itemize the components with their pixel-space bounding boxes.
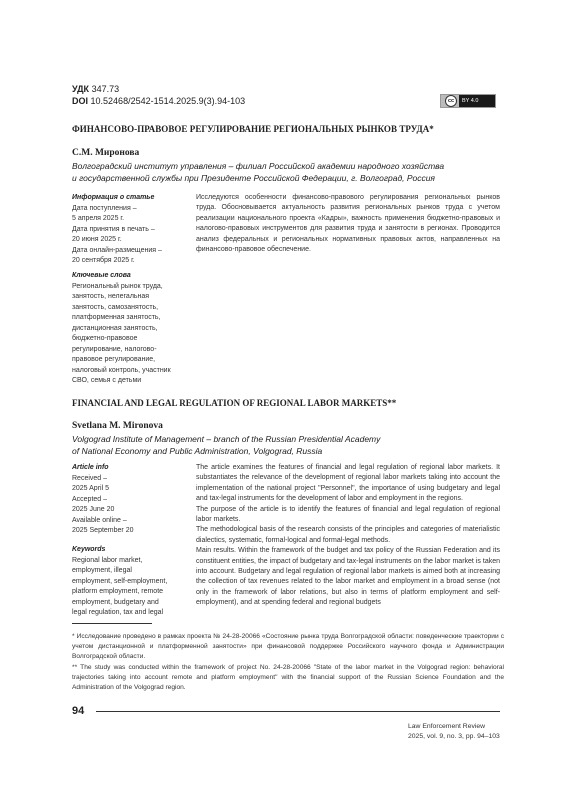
doi-line: DOI 10.52468/2542-1514.2025.9(3).94-103 bbox=[72, 95, 245, 107]
footnote-en: ** The study was conducted within the fr… bbox=[72, 663, 504, 694]
author-name-en: Svetlana M. Mironova bbox=[72, 421, 163, 431]
doi-label: DOI bbox=[72, 96, 88, 106]
info-line: 2025 June 20 bbox=[72, 505, 187, 516]
keyword-line: занятость, самозанятость, bbox=[72, 303, 187, 314]
info-line: Дата поступления – bbox=[72, 204, 187, 215]
article-info-heading: Информация о статье bbox=[72, 193, 187, 204]
keyword-line: Regional labor market, bbox=[72, 556, 187, 567]
info-line: 20 июня 2025 г. bbox=[72, 235, 187, 246]
journal-issue: 2025, vol. 9, no. 3, pp. 94–103 bbox=[408, 732, 500, 742]
keywords-heading: Keywords bbox=[72, 545, 187, 556]
abstract-paragraph: The methodological basis of the research… bbox=[196, 525, 500, 546]
footnote-ru: * Исследование проведено в рамках проект… bbox=[72, 632, 504, 663]
footnotes: * Исследование проведено в рамках проект… bbox=[72, 632, 504, 693]
doi-value[interactable]: 10.52468/2542-1514.2025.9(3).94-103 bbox=[91, 96, 246, 106]
keywords-en: Keywords Regional labor market, employme… bbox=[72, 545, 187, 619]
info-line: Available online – bbox=[72, 516, 187, 527]
info-line: 5 апреля 2025 г. bbox=[72, 214, 187, 225]
udk-label: УДК bbox=[72, 84, 89, 94]
article-title-ru: ФИНАНСОВО-ПРАВОВОЕ РЕГУЛИРОВАНИЕ РЕГИОНА… bbox=[72, 124, 434, 134]
affiliation-line: Волгоградский институт управления – фили… bbox=[72, 160, 444, 172]
abstract-ru: Исследуются особенности финансово-правов… bbox=[196, 193, 500, 255]
keywords-ru: Ключевые слова Региональный рынок труда,… bbox=[72, 271, 187, 387]
udk-line: УДК 347.73 bbox=[72, 83, 245, 95]
article-page: УДК 347.73 DOI 10.52468/2542-1514.2025.9… bbox=[0, 0, 566, 800]
info-line: Received – bbox=[72, 474, 187, 485]
keyword-line: employment, self-employment, bbox=[72, 577, 187, 588]
footnote-divider bbox=[72, 623, 152, 624]
journal-reference: Law Enforcement Review 2025, vol. 9, no.… bbox=[408, 722, 500, 741]
info-line: Дата онлайн-размещения – bbox=[72, 246, 187, 257]
keyword-line: бюджетно-правовое bbox=[72, 334, 187, 345]
info-line: Дата принятия в печать – bbox=[72, 225, 187, 236]
page-number: 94 bbox=[72, 705, 84, 717]
keyword-line: Региональный рынок труда, bbox=[72, 282, 187, 293]
license-text: BY 4.0 bbox=[462, 98, 478, 104]
keyword-line: регулирование, налогово- bbox=[72, 345, 187, 356]
keyword-line: дистанционная занятость, bbox=[72, 324, 187, 335]
keyword-line: employment, budgetary and bbox=[72, 598, 187, 609]
abstract-paragraph: The purpose of the article is to identif… bbox=[196, 505, 500, 526]
cc-icon-box: cc bbox=[441, 95, 459, 107]
affiliation-en: Volgograd Institute of Management – bran… bbox=[72, 433, 380, 457]
keyword-line: СВО, семья с детьми bbox=[72, 376, 187, 387]
article-info-heading: Article info bbox=[72, 463, 187, 474]
footer-divider bbox=[96, 711, 500, 712]
keyword-line: правовое регулирование, bbox=[72, 355, 187, 366]
cc-icon: cc bbox=[445, 95, 457, 107]
article-info-en: Article info Received – 2025 April 5 Acc… bbox=[72, 463, 187, 537]
keywords-heading: Ключевые слова bbox=[72, 271, 187, 282]
keyword-line: налоговый контроль, участник bbox=[72, 366, 187, 377]
keyword-line: platform employment, remote bbox=[72, 587, 187, 598]
abstract-paragraph: The article examines the features of fin… bbox=[196, 463, 500, 505]
author-name-ru: С.М. Миронова bbox=[72, 148, 139, 158]
keyword-line: employment, illegal bbox=[72, 566, 187, 577]
info-line: 2025 April 5 bbox=[72, 484, 187, 495]
article-identifiers: УДК 347.73 DOI 10.52468/2542-1514.2025.9… bbox=[72, 83, 245, 107]
udk-value: 347.73 bbox=[92, 84, 120, 94]
journal-name: Law Enforcement Review bbox=[408, 722, 500, 732]
article-title-en: FINANCIAL AND LEGAL REGULATION OF REGION… bbox=[72, 398, 396, 408]
keyword-line: занятость, нелегальная bbox=[72, 292, 187, 303]
info-line: 20 сентября 2025 г. bbox=[72, 256, 187, 267]
affiliation-ru: Волгоградский институт управления – фили… bbox=[72, 160, 444, 184]
affiliation-line: и государственной службы при Президенте … bbox=[72, 172, 444, 184]
keyword-line: legal regulation, tax and legal bbox=[72, 608, 187, 619]
abstract-paragraph: Main results. Within the framework of th… bbox=[196, 546, 500, 608]
keyword-line: платформенная занятость, bbox=[72, 313, 187, 324]
abstract-en: The article examines the features of fin… bbox=[196, 463, 500, 609]
cc-license-badge[interactable]: cc BY 4.0 bbox=[440, 94, 496, 108]
affiliation-line: of National Economy and Public Administr… bbox=[72, 445, 380, 457]
info-line: 2025 September 20 bbox=[72, 526, 187, 537]
info-line: Accepted – bbox=[72, 495, 187, 506]
affiliation-line: Volgograd Institute of Management – bran… bbox=[72, 433, 380, 445]
article-info-ru: Информация о статье Дата поступления – 5… bbox=[72, 193, 187, 267]
